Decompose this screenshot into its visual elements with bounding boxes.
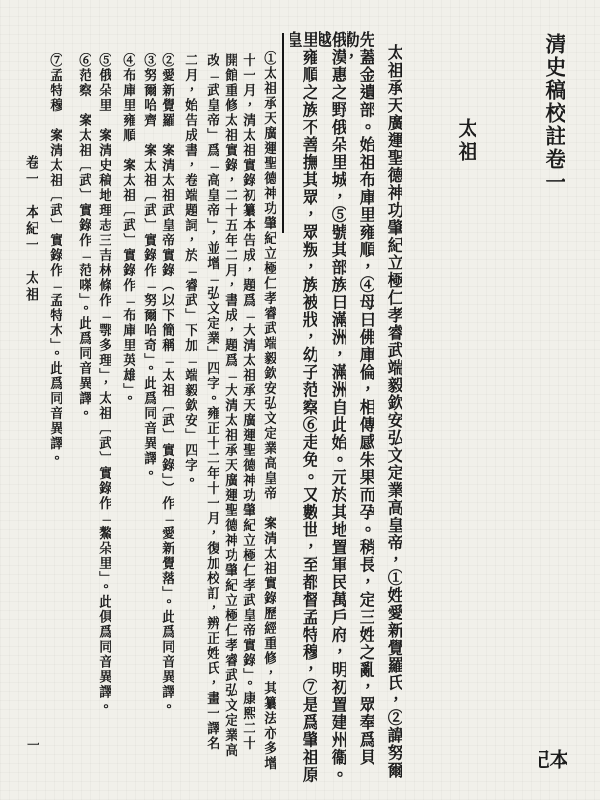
main-text-column-4: 里雍順之族不善撫其眾，眾叛，族被戕，幼子范察⑥走免。又數世，至都督孟特穆，⑦是爲…: [290, 31, 317, 800]
annotation-column-9: ⑤俄朵里 案清史稿地理志三吉林條作「鄂多理」，太祖〔武〕實錄作「鰲朵里」。此俱爲…: [94, 53, 111, 800]
page-number: 一: [19, 738, 39, 768]
book-title: 清史稿校註卷一: [533, 33, 565, 198]
annotation-divider-rule: [282, 33, 284, 233]
annotation-column-10: ⑥范察 案太祖〔武〕實錄作「范嗏」。此爲同音異譯。: [74, 53, 91, 800]
annotation-column-6: ②愛新覺羅 案清太祖武皇帝實錄（以下簡稱「太祖〔武〕實錄」）作「愛新覺落」。此爲…: [157, 53, 174, 800]
annotation-column-5: 二月，始告成書，卷端題詞，於「睿武」下加「端毅欽安」四字。: [180, 53, 197, 800]
annotation-column-3: 開館重修太祖實錄，二十五年二月，書成，題爲「大清太祖承天廣運聖德神功肇紀立極仁孝…: [220, 53, 237, 800]
main-text-column-3: 俄漠惠之野俄朵里城，⑤號其部族曰滿洲，滿洲自此始。元於其地置軍民萬戶府，明初置建…: [319, 31, 346, 800]
section-heading-taizu: 太祖: [448, 118, 476, 180]
annotation-column-4: 改「武皇帝」爲「高皇帝」，並增「弘文定業」四字。雍正十二年十一月，復加校訂，辨正…: [202, 53, 219, 800]
annotation-column-7: ③努爾哈齊 案太祖〔武〕實錄作「努爾哈奇」。此爲同音異譯。: [139, 53, 156, 800]
running-footer-title: 本紀: [539, 749, 567, 800]
annotation-column-11: ⑦孟特穆 案清太祖〔武〕實錄作「孟特木」。此爲同音異譯。: [45, 53, 62, 800]
main-text-column-1: 太祖承天廣運聖德神功肇紀立極仁孝睿武端毅欽安弘文定業高皇帝，①姓愛新覺羅氏，②諱…: [375, 44, 402, 800]
annotation-column-1: ①太祖承天廣運聖德神功肇紀立極仁孝睿武端毅欽安弘文定業高皇帝 案清太祖實錄歷經重…: [259, 51, 276, 800]
annotation-column-2: 十一月，清太祖實錄初纂本告成，題爲「大清太祖承天廣運聖德神功肇紀立極仁孝武皇帝實…: [238, 53, 255, 800]
annotation-column-8: ④布庫里雍順 案太祖〔武〕實錄作「布庫里英雄」。: [118, 53, 135, 800]
main-text-column-2: 先蓋金遺部。始祖布庫里雍順，④母曰佛庫倫，相傳感朱果而孕。稍長，定三姓之亂，眾奉…: [347, 31, 374, 800]
volume-footer-line: 卷一 本紀一 太祖: [18, 155, 38, 340]
book-page-scan: 清史稿校註卷一 太祖 太祖承天廣運聖德神功肇紀立極仁孝睿武端毅欽安弘文定業高皇帝…: [0, 0, 600, 800]
